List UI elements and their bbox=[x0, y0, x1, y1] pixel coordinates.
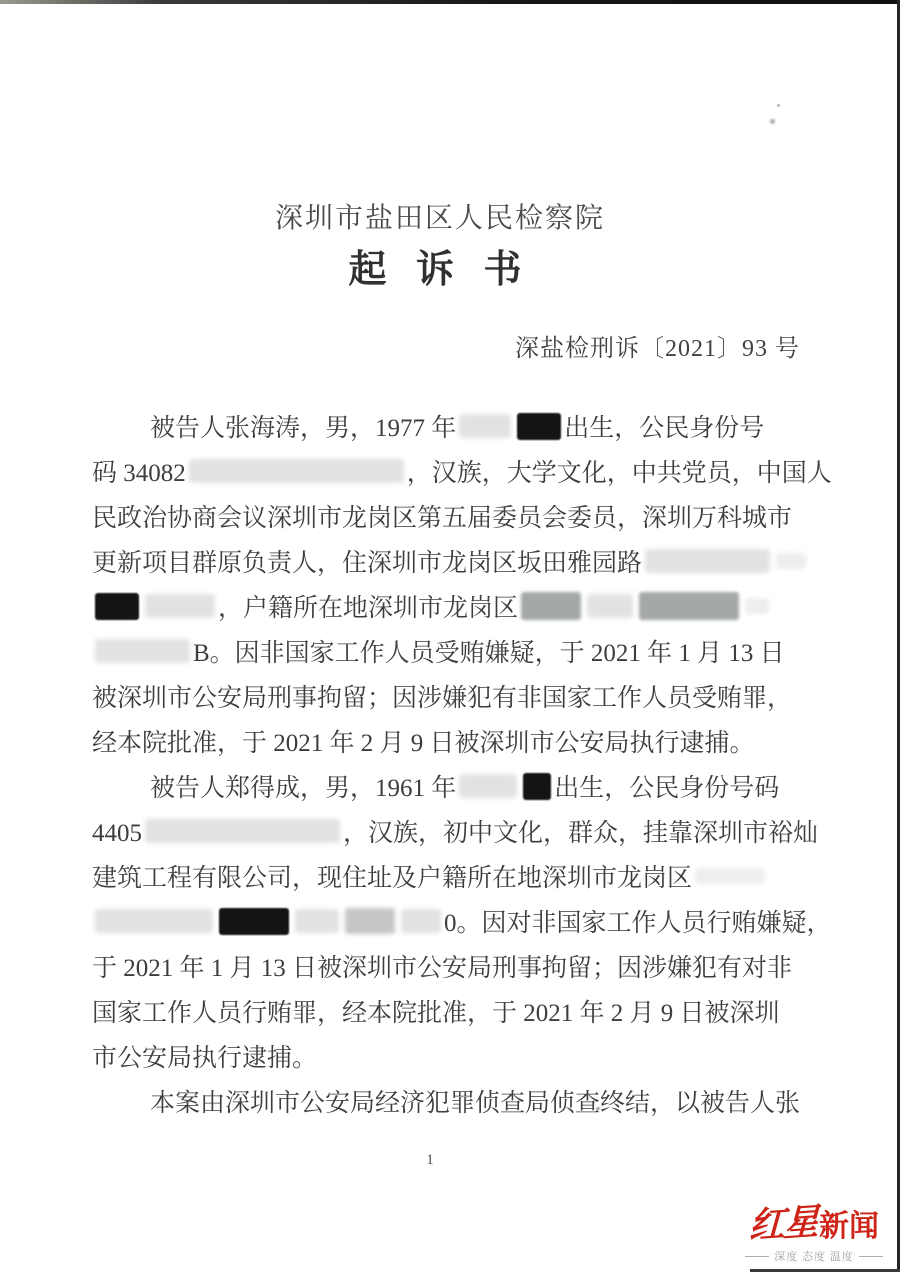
body-text: 本案由深圳市公安局经济犯罪侦查局侦查终结，以被告人张 bbox=[150, 1090, 800, 1117]
body-text: ，户籍所在地深圳市龙岗区 bbox=[218, 595, 518, 622]
document-body: 被告人张海涛，男，1977 年出生，公民身份号码 34082，汉族，大学文化，中… bbox=[92, 404, 804, 1124]
redaction-gray bbox=[521, 592, 581, 620]
body-line: 民政治协商会议深圳市龙岗区第五届委员会委员，深圳万科城市 bbox=[92, 494, 804, 539]
redaction-faint bbox=[776, 553, 806, 569]
redaction-black bbox=[523, 773, 551, 800]
scan-edge-top bbox=[0, 0, 900, 4]
body-line: 被告人张海涛，男，1977 年出生，公民身份号 bbox=[92, 404, 804, 449]
body-line: 码 34082，汉族，大学文化，中共党员，中国人 bbox=[92, 449, 804, 494]
body-text: 被深圳市公安局刑事拘留；因涉嫌犯有非国家工作人员受贿罪， bbox=[92, 685, 792, 712]
body-text: 4405 bbox=[92, 820, 142, 847]
body-line: B。因非国家工作人员受贿嫌疑，于 2021 年 1 月 13 日 bbox=[92, 629, 804, 674]
scanned-indictment-page: { "header": { "court": "深圳市盐田区人民检察院", "t… bbox=[0, 0, 900, 1272]
redaction-black bbox=[95, 593, 139, 620]
body-line: 市公安局执行逮捕。 bbox=[92, 1034, 804, 1079]
body-line: 更新项目群原负责人，住深圳市龙岗区坂田雅园路 bbox=[92, 539, 804, 584]
watermark-tagline-row: 深度 态度 温度 bbox=[738, 1248, 890, 1264]
case-number: 深盐检刑诉〔2021〕93 号 bbox=[515, 328, 800, 363]
brand-block-text: 新闻 bbox=[819, 1210, 879, 1244]
body-text: 建筑工程有限公司，现住址及户籍所在地深圳市龙岗区 bbox=[92, 865, 692, 892]
redaction-black bbox=[517, 413, 561, 440]
redaction-ghost bbox=[189, 459, 404, 483]
body-line: 建筑工程有限公司，现住址及户籍所在地深圳市龙岗区 bbox=[92, 854, 804, 899]
court-name-heading: 深圳市盐田区人民检察院 bbox=[0, 196, 880, 236]
scan-speck bbox=[770, 119, 775, 124]
document-title: 起 诉 书 bbox=[0, 238, 880, 293]
body-line: 被告人郑得成，男，1961 年出生，公民身份号码 bbox=[92, 764, 804, 809]
body-text: 0。因对非国家工作人员行贿嫌疑， bbox=[444, 910, 832, 937]
body-text: ，汉族，初中文化，群众，挂靠深圳市裕灿 bbox=[343, 820, 818, 847]
redaction-gray bbox=[639, 592, 739, 620]
redaction-ghost bbox=[401, 909, 441, 933]
body-text: 出生，公民身份号 bbox=[564, 415, 764, 442]
body-line: 本案由深圳市公安局经济犯罪侦查局侦查终结，以被告人张 bbox=[92, 1079, 804, 1124]
body-text: ，汉族，大学文化，中共党员，中国人 bbox=[407, 460, 832, 487]
redaction-ghost bbox=[95, 639, 190, 663]
body-line: 国家工作人员行贿罪，经本院批准，于 2021 年 2 月 9 日被深圳 bbox=[92, 989, 804, 1034]
body-line: 被深圳市公安局刑事拘留；因涉嫌犯有非国家工作人员受贿罪， bbox=[92, 674, 804, 719]
body-text: 经本院批准，于 2021 年 2 月 9 日被深圳市公安局执行逮捕。 bbox=[92, 730, 755, 757]
body-text: 于 2021 年 1 月 13 日被深圳市公安局刑事拘留；因涉嫌犯有对非 bbox=[92, 955, 792, 982]
body-line: 0。因对非国家工作人员行贿嫌疑， bbox=[92, 899, 804, 944]
body-text: 被告人郑得成，男，1961 年 bbox=[150, 775, 456, 802]
redaction-black bbox=[219, 908, 289, 935]
redaction-ghost bbox=[459, 414, 511, 438]
body-line: 经本院批准，于 2021 年 2 月 9 日被深圳市公安局执行逮捕。 bbox=[92, 719, 804, 764]
body-text: 码 34082 bbox=[92, 460, 186, 487]
redaction-ghost bbox=[295, 909, 339, 933]
body-text: 市公安局执行逮捕。 bbox=[92, 1045, 317, 1072]
body-text: 国家工作人员行贿罪，经本院批准，于 2021 年 2 月 9 日被深圳 bbox=[92, 1000, 780, 1027]
watermark-tagline: 深度 态度 温度 bbox=[774, 1248, 854, 1264]
redaction-ghost bbox=[95, 909, 213, 933]
body-text: 民政治协商会议深圳市龙岗区第五届委员会委员，深圳万科城市 bbox=[92, 505, 792, 532]
redaction-ghost bbox=[145, 819, 340, 843]
body-text: B。因非国家工作人员受贿嫌疑，于 2021 年 1 月 13 日 bbox=[193, 640, 785, 667]
redaction-ghost bbox=[587, 594, 633, 618]
body-text: 出生，公民身份号码 bbox=[554, 775, 779, 802]
red-star-news-watermark: 红星 新闻 深度 态度 温度 bbox=[738, 1204, 890, 1264]
body-text: 更新项目群原负责人，住深圳市龙岗区坂田雅园路 bbox=[92, 550, 642, 577]
body-line: 4405，汉族，初中文化，群众，挂靠深圳市裕灿 bbox=[92, 809, 804, 854]
body-line: ，户籍所在地深圳市龙岗区 bbox=[92, 584, 804, 629]
page-number: 1 bbox=[420, 1152, 440, 1169]
brand-script-text: 红星 bbox=[748, 1202, 817, 1247]
redaction-ghost bbox=[145, 594, 215, 618]
redaction-ghost bbox=[645, 549, 770, 573]
redaction-faint bbox=[745, 598, 769, 614]
scan-speck bbox=[777, 104, 780, 107]
tagline-dash-left bbox=[745, 1256, 769, 1257]
body-line: 于 2021 年 1 月 13 日被深圳市公安局刑事拘留；因涉嫌犯有对非 bbox=[92, 944, 804, 989]
redaction-graylight bbox=[345, 908, 395, 934]
tagline-dash-right bbox=[859, 1256, 883, 1257]
body-text: 被告人张海涛，男，1977 年 bbox=[150, 415, 456, 442]
watermark-logo: 红星 新闻 bbox=[738, 1204, 890, 1244]
redaction-ghost bbox=[459, 774, 517, 798]
redaction-faint bbox=[695, 868, 765, 884]
